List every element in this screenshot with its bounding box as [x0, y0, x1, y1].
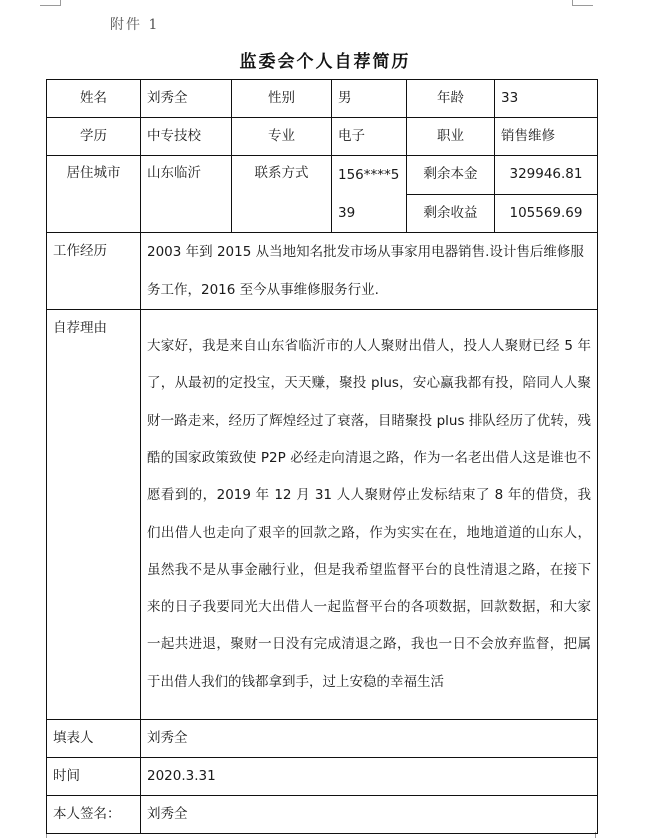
major-value: 电子 — [332, 118, 407, 156]
name-label: 姓名 — [47, 80, 141, 118]
form-row-date: 时间 2020.3.31 — [47, 758, 598, 796]
occupation-value: 销售维修 — [495, 118, 598, 156]
page-corner-mark-top-left — [40, 0, 61, 6]
education-label: 学历 — [47, 118, 141, 156]
form-row-city-contact: 居住城市 山东临沂 联系方式 156****539 剩余本金 329946.81 — [47, 156, 598, 195]
form-row-basic: 姓名 刘秀全 性别 男 年龄 33 — [47, 80, 598, 118]
contact-label: 联系方式 — [232, 156, 332, 233]
form-row-signature: 本人签名： 刘秀全 — [47, 796, 598, 834]
contact-value: 156****539 — [332, 156, 407, 233]
city-value: 山东临沂 — [141, 156, 232, 233]
document-title: 监委会个人自荐简历 — [0, 47, 650, 72]
attachment-label: 附件 1 — [110, 14, 159, 34]
principal-value: 329946.81 — [495, 156, 598, 195]
city-label: 居住城市 — [47, 156, 141, 233]
filled-by-label: 填表人 — [47, 720, 141, 758]
form-row-filled-by: 填表人 刘秀全 — [47, 720, 598, 758]
principal-label: 剩余本金 — [407, 156, 495, 195]
earnings-label: 剩余收益 — [407, 195, 495, 233]
form-row-education: 学历 中专技校 专业 电子 职业 销售维修 — [47, 118, 598, 156]
form-row-reason: 自荐理由 大家好，我是来自山东省临沂市的人人聚财出借人，投人人聚财已经 5 年了… — [47, 310, 598, 720]
education-value: 中专技校 — [141, 118, 232, 156]
date-label: 时间 — [47, 758, 141, 796]
major-label: 专业 — [232, 118, 332, 156]
age-label: 年龄 — [407, 80, 495, 118]
name-value: 刘秀全 — [141, 80, 232, 118]
work-history-label: 工作经历 — [47, 233, 141, 310]
age-value: 33 — [495, 80, 598, 118]
date-value: 2020.3.31 — [141, 758, 598, 796]
work-history-value: 2003 年到 2015 从当地知名批发市场从事家用电器销售.设计售后维修服务工… — [141, 233, 598, 310]
occupation-label: 职业 — [407, 118, 495, 156]
reason-label: 自荐理由 — [47, 310, 141, 720]
signature-value: 刘秀全 — [141, 796, 598, 834]
reason-value: 大家好，我是来自山东省临沂市的人人聚财出借人，投人人聚财已经 5 年了，从最初的… — [141, 310, 598, 720]
gender-value: 男 — [332, 80, 407, 118]
earnings-value: 105569.69 — [495, 195, 598, 233]
resume-form-table: 姓名 刘秀全 性别 男 年龄 33 学历 中专技校 专业 电子 职业 销售维修 … — [46, 79, 598, 834]
page-corner-mark-top-right — [572, 0, 593, 6]
form-row-work-history: 工作经历 2003 年到 2015 从当地知名批发市场从事家用电器销售.设计售后… — [47, 233, 598, 310]
filled-by-value: 刘秀全 — [141, 720, 598, 758]
gender-label: 性别 — [232, 80, 332, 118]
signature-label: 本人签名： — [47, 796, 141, 834]
